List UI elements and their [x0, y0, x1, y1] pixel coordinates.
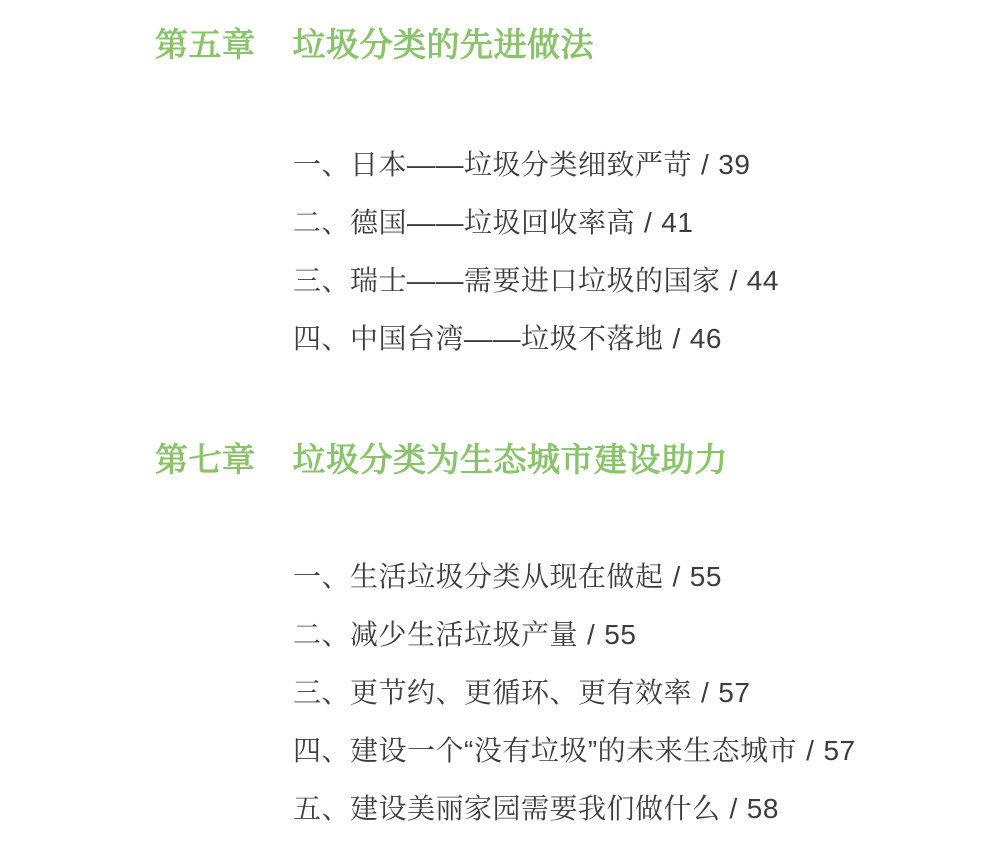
chapter-5-toc-list: 一、日本——垃圾分类细致严苛/39 二、德国——垃圾回收率高/41 三、瑞士——…: [293, 148, 779, 380]
toc-entry-text: 五、建设美丽家园需要我们做什么: [293, 793, 721, 824]
toc-entry-separator: /: [673, 561, 681, 592]
toc-entry: 三、瑞士——需要进口垃圾的国家/44: [293, 264, 779, 298]
toc-page: 第五章垃圾分类的先进做法 一、日本——垃圾分类细致严苛/39 二、德国——垃圾回…: [0, 0, 1000, 848]
toc-entry-separator: /: [806, 735, 814, 766]
toc-entry: 四、建设一个“没有垃圾”的未来生态城市/57: [293, 734, 856, 768]
chapter-5-title: 垃圾分类的先进做法: [293, 26, 595, 63]
toc-entry-page-number: 44: [747, 265, 779, 296]
toc-entry: 一、日本——垃圾分类细致严苛/39: [293, 148, 779, 182]
toc-entry-separator: /: [673, 323, 681, 354]
toc-entry-separator: /: [701, 677, 709, 708]
chapter-7-toc-list: 一、生活垃圾分类从现在做起/55 二、减少生活垃圾产量/55 三、更节约、更循环…: [293, 560, 856, 848]
toc-entry-page-number: 57: [718, 677, 750, 708]
toc-entry-text: 四、中国台湾——垃圾不落地: [293, 323, 664, 354]
chapter-5-heading: 第五章垃圾分类的先进做法: [155, 28, 594, 62]
chapter-7-label: 第七章: [155, 441, 256, 478]
toc-entry-text: 二、减少生活垃圾产量: [293, 619, 578, 650]
toc-entry-text: 一、日本——垃圾分类细致严苛: [293, 149, 692, 180]
toc-entry-page-number: 46: [690, 323, 722, 354]
toc-entry-page-number: 57: [823, 735, 855, 766]
toc-entry-separator: /: [730, 793, 738, 824]
toc-entry-page-number: 55: [604, 619, 636, 650]
toc-entry: 五、建设美丽家园需要我们做什么/58: [293, 792, 856, 826]
toc-entry-page-number: 39: [718, 149, 750, 180]
toc-entry-page-number: 55: [690, 561, 722, 592]
toc-entry-text: 三、更节约、更循环、更有效率: [293, 677, 692, 708]
chapter-7-title: 垃圾分类为生态城市建设助力: [293, 441, 729, 478]
toc-entry-text: 二、德国——垃圾回收率高: [293, 207, 635, 238]
toc-entry-text: 四、建设一个“没有垃圾”的未来生态城市: [293, 735, 797, 766]
toc-entry: 一、生活垃圾分类从现在做起/55: [293, 560, 856, 594]
toc-entry: 二、德国——垃圾回收率高/41: [293, 206, 779, 240]
toc-entry-separator: /: [644, 207, 652, 238]
chapter-5-label: 第五章: [155, 26, 256, 63]
chapter-7-heading: 第七章垃圾分类为生态城市建设助力: [155, 443, 728, 477]
toc-entry-text: 三、瑞士——需要进口垃圾的国家: [293, 265, 721, 296]
toc-entry-page-number: 58: [747, 793, 779, 824]
toc-entry-separator: /: [587, 619, 595, 650]
toc-entry-separator: /: [730, 265, 738, 296]
toc-entry-text: 一、生活垃圾分类从现在做起: [293, 561, 664, 592]
toc-entry: 二、减少生活垃圾产量/55: [293, 618, 856, 652]
toc-entry-page-number: 41: [661, 207, 693, 238]
toc-entry: 三、更节约、更循环、更有效率/57: [293, 676, 856, 710]
toc-entry-separator: /: [701, 149, 709, 180]
toc-entry: 四、中国台湾——垃圾不落地/46: [293, 322, 779, 356]
